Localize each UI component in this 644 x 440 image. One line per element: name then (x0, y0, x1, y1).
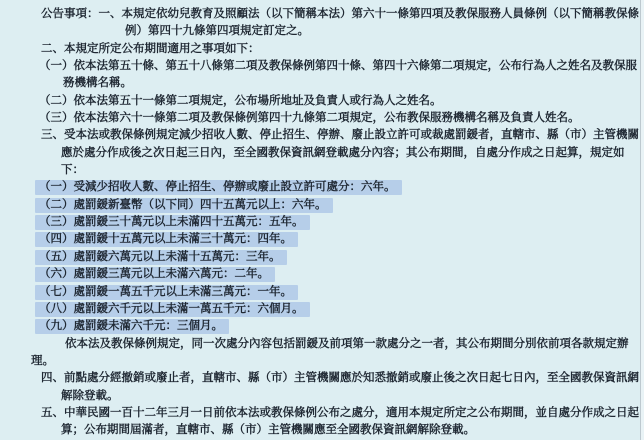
doc-line: （三）依本法第六十一條第二項及教保條例第四十九條第二項規定，公布教保服務機構名稱… (0, 110, 638, 127)
doc-line: （五）處罰鍰六萬元以上未滿十五萬元：三年。 (0, 249, 638, 266)
highlighted-line-text: （二）處罰鍰新臺幣（以下同）四十五萬元以上：六年。 (35, 198, 333, 213)
page: 公告事項：一、本規定依幼兒教育及照顧法（以下簡稱本法）第六十一條第四項及教保服務… (0, 0, 644, 440)
highlighted-line-text: （五）處罰鍰六萬元以上未滿十五萬元：三年。 (35, 250, 287, 265)
line-text: 例）第四十九條第四項規定訂定之。 (125, 25, 309, 37)
doc-line: （八）處罰鍰六千元以上未滿一萬五千元：六個月。 (0, 301, 638, 318)
line-text: （一）依本法第五十條、第五十八條第二項及教保條例第四十條、第四十六條第二項規定，… (39, 60, 637, 72)
highlighted-line-text: （四）處罰鍰十五萬元以上未滿三十萬元：四年。 (35, 232, 298, 247)
highlighted-line-text: （九）處罰鍰未滿六千元：三個月。 (35, 319, 229, 334)
line-text: 公告事項：一、本規定依幼兒教育及照顧法（以下簡稱本法）第六十一條第四項及教保服務… (41, 8, 639, 20)
doc-line: 務機構名稱。 (0, 75, 638, 92)
doc-line: 理。 (0, 353, 638, 370)
doc-line: 解除登載。 (0, 388, 638, 405)
highlighted-line-text: （三）處罰鍰三十萬元以上未滿四十五萬元：五年。 (35, 215, 310, 230)
line-text: 二、本規定所定公布期間適用之事項如下： (41, 43, 260, 55)
doc-line: 應於處分作成後之次日起三日內，至全國教保資訊網登載處分內容；其公布期間，自處分作… (0, 145, 638, 162)
announcement-document: 公告事項：一、本規定依幼兒教育及照顧法（以下簡稱本法）第六十一條第四項及教保服務… (0, 6, 638, 440)
doc-line: （一）依本法第五十條、第五十八條第二項及教保條例第四十條、第四十六條第二項規定，… (0, 58, 638, 75)
line-text: 應於處分作成後之次日起三日內，至全國教保資訊網登載處分內容；其公布期間，自處分作… (61, 147, 625, 159)
doc-line: 二、本規定所定公布期間適用之事項如下： (0, 41, 638, 58)
doc-line: 下： (0, 162, 638, 179)
line-text: 四、前點處分經撤銷或廢止者，直轄市、縣（市）主管機關應於知悉撤銷或廢止後之次日起… (41, 372, 639, 384)
doc-line: （七）處罰鍰一萬五千元以上未滿三萬元：一年。 (0, 284, 638, 301)
doc-line: 依本法及教保條例規定，同一次處分內容包括罰鍰及前項第一款處分之一者，其公布期間分… (0, 336, 638, 353)
line-text: 理。 (31, 355, 54, 367)
doc-line: 例）第四十九條第四項規定訂定之。 (0, 23, 638, 40)
doc-line: 算；公布期間屆滿者，直轄市、縣（市）主管機關應至全國教保資訊網解除登載。 (0, 422, 638, 439)
line-text: （二）依本法第五十一條第二項規定，公布場所地址及負責人或行為人之姓名。 (39, 95, 442, 107)
line-text: 三、受本法或教保條例規定減少招收人數、停止招生、停辦、廢止設立許可或裁處罰鍰者，… (41, 129, 639, 141)
doc-line: （九）處罰鍰未滿六千元：三個月。 (0, 318, 638, 335)
line-text: 算；公布期間屆滿者，直轄市、縣（市）主管機關應至全國教保資訊網解除登載。 (61, 424, 475, 436)
line-text: 務機構名稱。 (63, 77, 132, 89)
doc-line: 三、受本法或教保條例規定減少招收人數、停止招生、停辦、廢止設立許可或裁處罰鍰者，… (0, 127, 638, 144)
line-text: 下： (61, 164, 84, 176)
highlighted-line-text: （一）受減少招收人數、停止招生、停辦或廢止設立許可處分：六年。 (35, 180, 402, 195)
line-text: 依本法及教保條例規定，同一次處分內容包括罰鍰及前項第一款處分之一者，其公布期間分… (65, 338, 629, 350)
doc-line: （一）受減少招收人數、停止招生、停辦或廢止設立許可處分：六年。 (0, 179, 638, 196)
doc-line: （四）處罰鍰十五萬元以上未滿三十萬元：四年。 (0, 231, 638, 248)
doc-line: （六）處罰鍰三萬元以上未滿六萬元：二年。 (0, 266, 638, 283)
line-text: （三）依本法第六十一條第二項及教保條例第四十九條第二項規定，公布教保服務機構名稱… (39, 112, 580, 124)
right-edge-line (640, 0, 644, 440)
highlighted-line-text: （六）處罰鍰三萬元以上未滿六萬元：二年。 (35, 267, 275, 282)
doc-line: （三）處罰鍰三十萬元以上未滿四十五萬元：五年。 (0, 214, 638, 231)
line-text: 解除登載。 (61, 390, 119, 402)
highlighted-line-text: （八）處罰鍰六千元以上未滿一萬五千元：六個月。 (35, 302, 310, 317)
doc-line: （二）依本法第五十一條第二項規定，公布場所地址及負責人或行為人之姓名。 (0, 93, 638, 110)
line-text: 五、中華民國一百十二年三月一日前依本法或教保條例公布之處分，適用本規定所定之公布… (41, 407, 639, 419)
doc-line: 四、前點處分經撤銷或廢止者，直轄市、縣（市）主管機關應於知悉撤銷或廢止後之次日起… (0, 370, 638, 387)
doc-line: （二）處罰鍰新臺幣（以下同）四十五萬元以上：六年。 (0, 197, 638, 214)
highlighted-line-text: （七）處罰鍰一萬五千元以上未滿三萬元：一年。 (35, 285, 298, 300)
doc-line: 五、中華民國一百十二年三月一日前依本法或教保條例公布之處分，適用本規定所定之公布… (0, 405, 638, 422)
doc-line: 公告事項：一、本規定依幼兒教育及照顧法（以下簡稱本法）第六十一條第四項及教保服務… (0, 6, 638, 23)
